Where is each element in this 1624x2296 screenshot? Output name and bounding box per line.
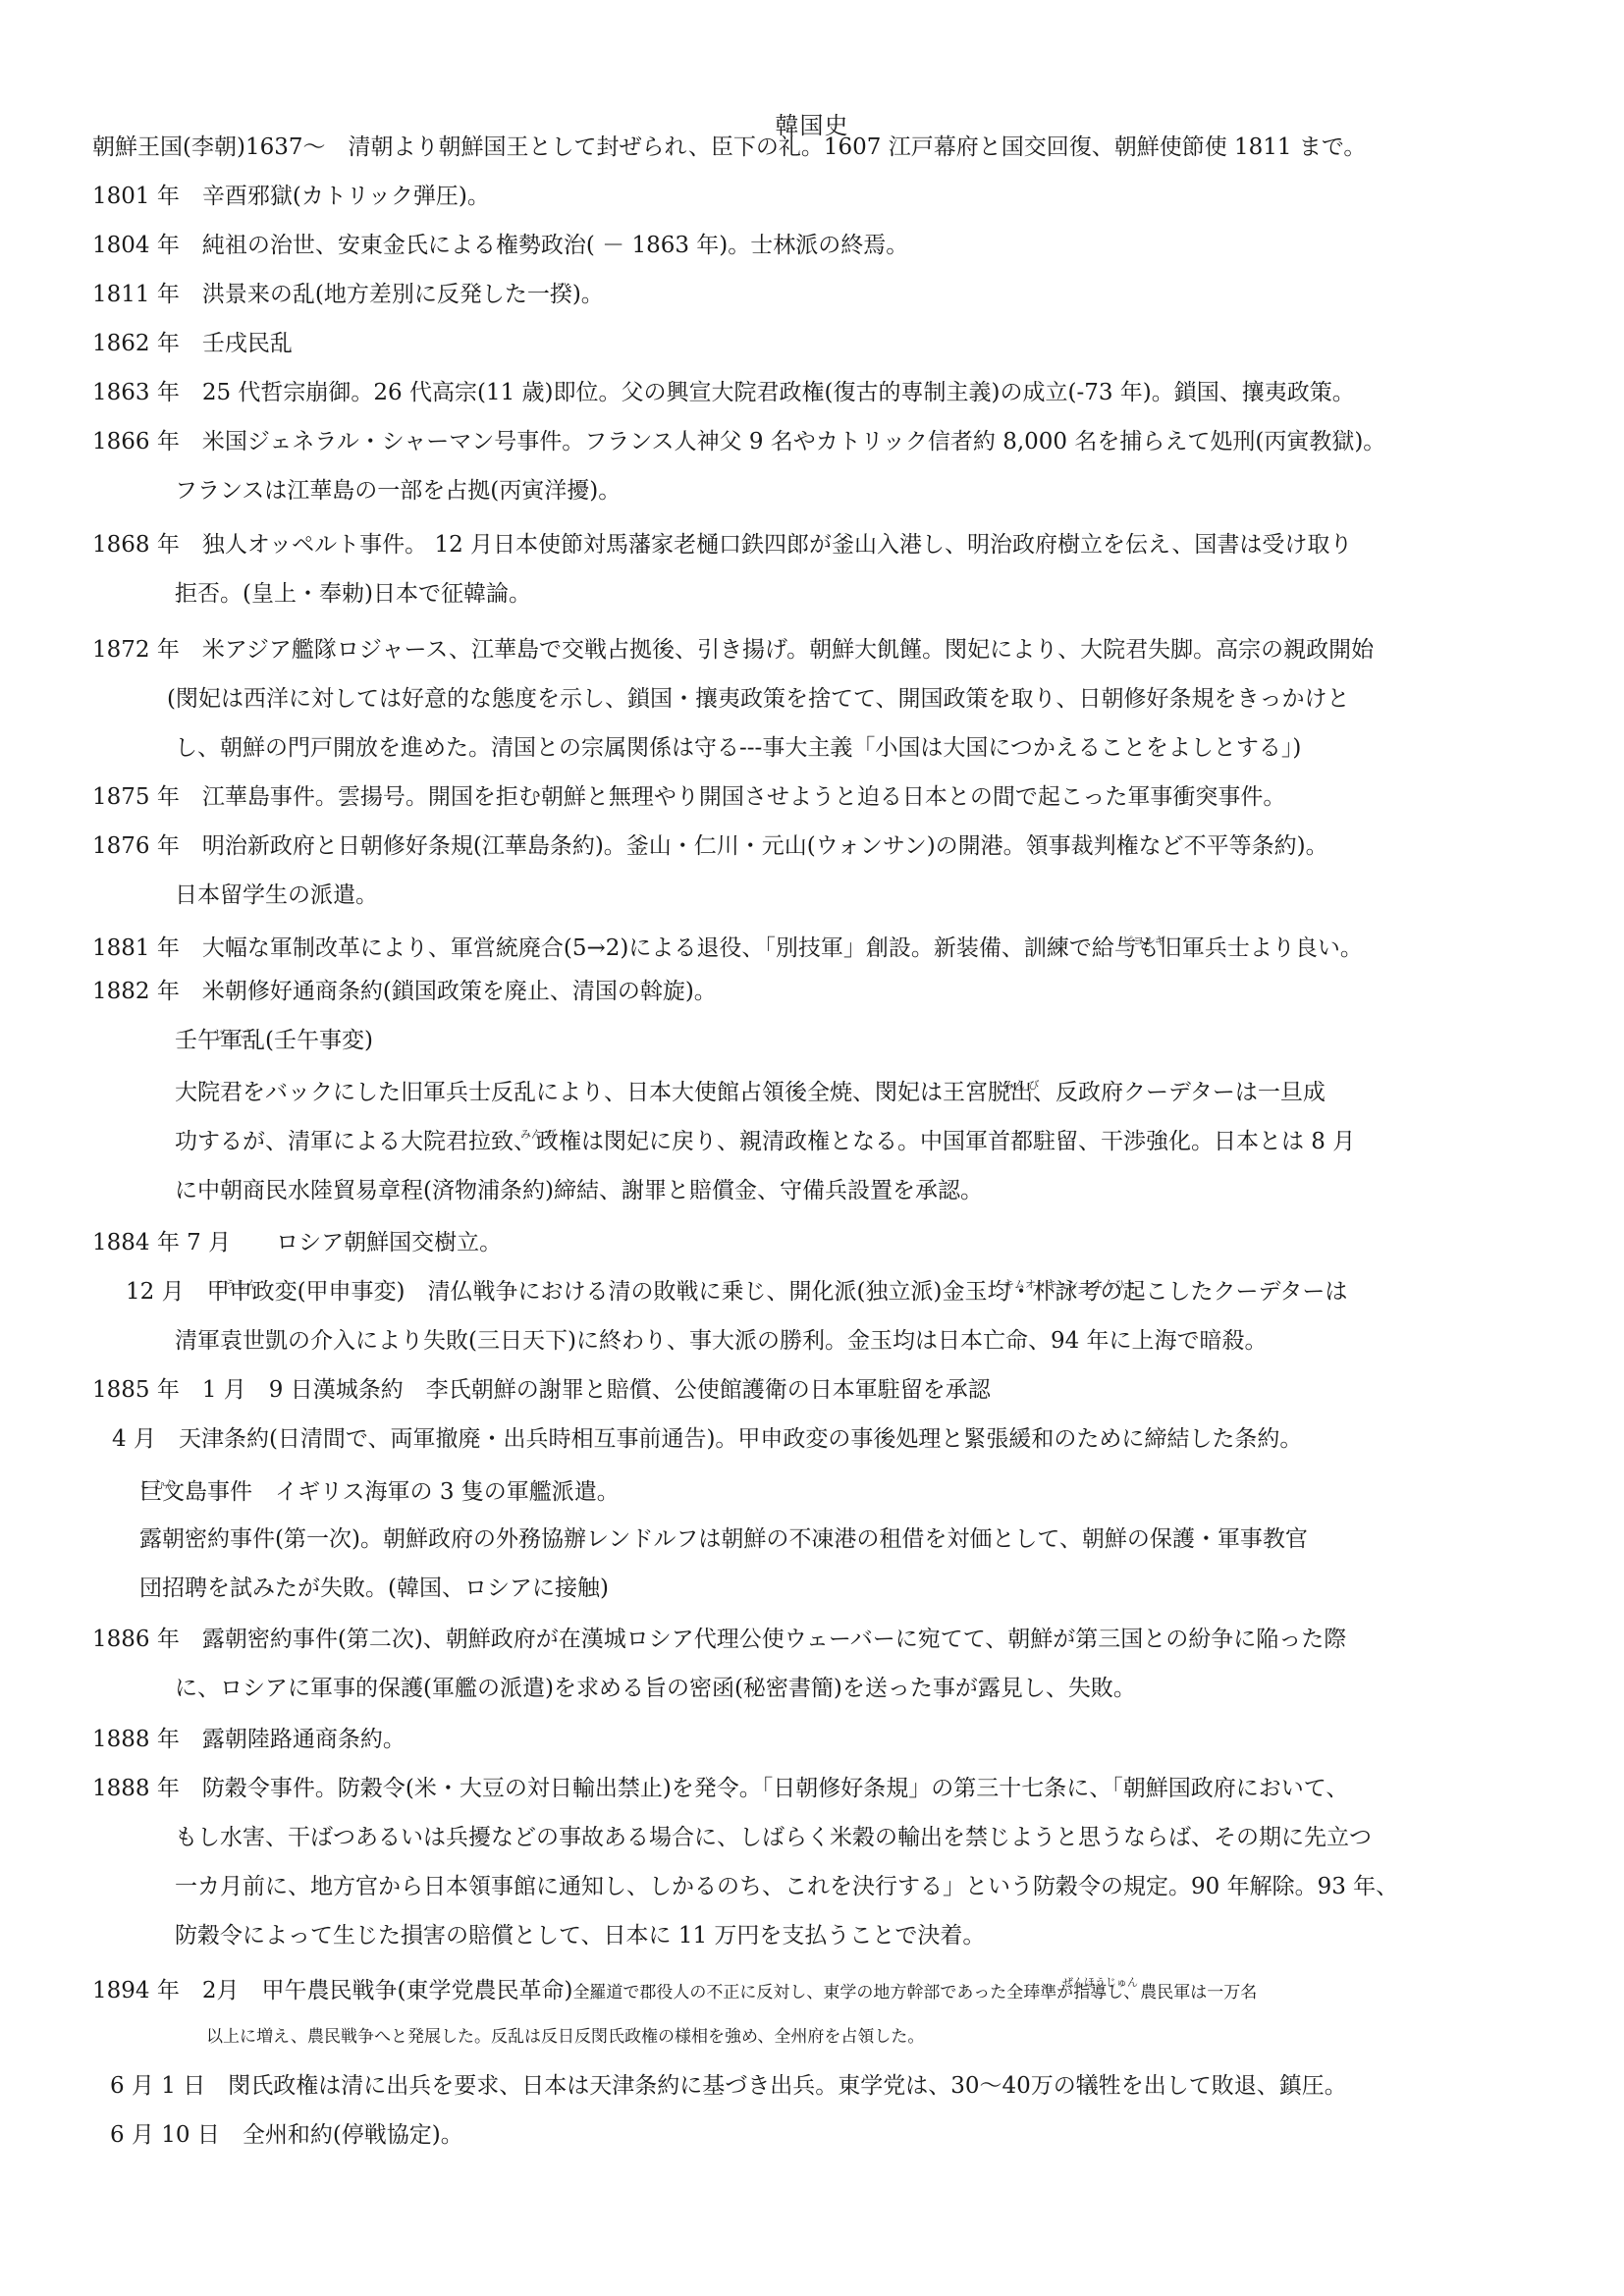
line-text: 1882 年 米朝修好通商条約(鎖国政策を廃止、清国の斡旋)。 (92, 979, 717, 1004)
line-text: 1868 年 独人オッペルト事件。 12 月日本使節対馬藩家老樋口鉄四郎が釜山入… (92, 532, 1352, 558)
line-text: 巨文島事件 イギリス海軍の 3 隻の軍艦派遣。 (139, 1479, 620, 1505)
line-text: 1866 年 米国ジェネラル・シャーマン号事件。フランス人神父 9 名やカトリッ… (92, 429, 1385, 454)
timeline-line: 大院君をバックにした旧軍兵士反乱により、日本大使館占領後全焼、閔妃は王宮脱出、反… (175, 1078, 1326, 1107)
timeline-line: 6 月 10 日 全州和約(停戦協定)。 (110, 2120, 463, 2150)
timeline-line: に、ロシアに軍事的保護(軍艦の派遣)を求める旨の密函(秘密書簡)を送った事が露見… (175, 1674, 1136, 1703)
timeline-line: 1888 年 防穀令事件。防穀令(米・大豆の対日輸出禁止)を発令。「日朝修好条規… (92, 1774, 1348, 1803)
timeline-line: 1876 年 明治新政府と日朝修好条規(江華島条約)。釜山・仁川・元山(ウォンサ… (92, 831, 1328, 861)
line-text: 1811 年 洪景来の乱(地方差別に反発した一揆)。 (92, 282, 604, 307)
furigana: ピヨルギ (1122, 933, 1165, 948)
timeline-line: 1868 年 独人オッペルト事件。 12 月日本使節対馬藩家老樋口鉄四郎が釜山入… (92, 530, 1352, 560)
line-text: 1884 年 7 月 ロシア朝鮮国交樹立。 (92, 1230, 502, 1255)
line-text: 1881 年 大幅な軍制改革により、軍営統廃合(5→2)による退役、「別技軍」創… (92, 935, 1363, 961)
line-text: 1862 年 壬戌民乱 (92, 331, 293, 356)
line-text: 12 月 甲申政変(甲申事変) 清仏戦争における清の敗戦に乗じ、開化派(独立派)… (126, 1279, 1347, 1305)
furigana: みん び (1003, 1077, 1040, 1093)
line-text: (閔妃は西洋に対しては好意的な態度を示し、鎖国・攘夷政策を捨てて、開国政策を取り… (167, 686, 1350, 712)
line-text: 1886 年 露朝密約事件(第二次)、朝鮮政府が在漢城ロシア代理公使ウェーバーに… (92, 1627, 1346, 1652)
line-text: 1804 年 純祖の治世、安東金氏による権勢政治( － 1863 年)。士林派の… (92, 233, 908, 258)
timeline-line: (閔妃は西洋に対しては好意的な態度を示し、鎖国・攘夷政策を捨てて、開国政策を取り… (167, 684, 1350, 714)
line-text: 1885 年 1 月 9 日漢城条約 李氏朝鮮の謝罪と賠償、公使館護衛の日本軍駐… (92, 1377, 991, 1403)
timeline-line: 1862 年 壬戌民乱 (92, 329, 293, 358)
timeline-line: 功するが、清軍による大院君拉致、政権は閔妃に戻り、親清政権となる。中国軍首都駐留… (175, 1127, 1355, 1156)
timeline-line: 1801 年 辛酉邪獄(カトリック弾圧)。 (92, 182, 490, 211)
timeline-line: 1881 年 大幅な軍制改革により、軍営統廃合(5→2)による退役、「別技軍」創… (92, 934, 1363, 963)
timeline-line: 1884 年 7 月 ロシア朝鮮国交樹立。 (92, 1228, 502, 1257)
line-text: 6 月 10 日 全州和約(停戦協定)。 (110, 2122, 463, 2148)
line-text: 大院君をバックにした旧軍兵士反乱により、日本大使館占領後全焼、閔妃は王宮脱出、反… (175, 1080, 1326, 1105)
timeline-line: 壬午軍乱(壬午事変) (175, 1026, 373, 1055)
furigana: じん ご (214, 1026, 250, 1041)
timeline-line: 一カ月前に、地方官から日本領事館に通知し、しかるのち、これを決行する」という防穀… (175, 1872, 1398, 1901)
timeline-line: 拒否。(皇上・奉勅)日本で征韓論。 (175, 579, 531, 609)
timeline-line: 防穀令によって生じた損害の賠償として、日本に 11 万円を支払うことで決着。 (175, 1921, 985, 1950)
line-note: 全羅道で郡役人の不正に反対し、東学の地方幹部であった全琫準が指導し、農民軍は一万… (572, 1983, 1257, 2002)
timeline-line: 巨文島事件 イギリス海軍の 3 隻の軍艦派遣。 (139, 1477, 620, 1507)
line-text: 清軍袁世凱の介入により失敗(三日天下)に終わり、事大派の勝利。金玉均は日本亡命、… (175, 1328, 1268, 1354)
line-text: 1876 年 明治新政府と日朝修好条規(江華島条約)。釜山・仁川・元山(ウォンサ… (92, 833, 1328, 859)
line-text: 拒否。(皇上・奉勅)日本で征韓論。 (175, 581, 531, 607)
line-text: 朝鮮王国(李朝)1637～ 清朝より朝鮮国王として封ぜられ、臣下の礼。1607 … (92, 134, 1366, 160)
line-text: に中朝商民水陸貿易章程(済物浦条約)締結、謝罪と賠償金、守備兵設置を承認。 (175, 1178, 983, 1203)
timeline-line: 1882 年 米朝修好通商条約(鎖国政策を廃止、清国の斡旋)。 (92, 977, 717, 1006)
timeline-line: 1886 年 露朝密約事件(第二次)、朝鮮政府が在漢城ロシア代理公使ウェーバーに… (92, 1625, 1346, 1654)
timeline-line: し、朝鮮の門戸開放を進めた。清国との宗属関係は守る---事大主義「小国は大国につ… (175, 733, 1301, 763)
timeline-line: 6 月 1 日 閔氏政権は清に出兵を要求、日本は天津条約に基づき出兵。東学党は、… (110, 2071, 1347, 2101)
timeline-line: 清軍袁世凱の介入により失敗(三日天下)に終わり、事大派の勝利。金玉均は日本亡命、… (175, 1326, 1268, 1356)
timeline-line: 1875 年 江華島事件。雲揚号。開国を拒む朝鮮と無理やり開国させようと迫る日本… (92, 782, 1285, 812)
document-page: 韓国史 朝鮮王国(李朝)1637～ 清朝より朝鮮国王として封ぜられ、臣下の礼。1… (0, 0, 1624, 2296)
line-text: 防穀令によって生じた損害の賠償として、日本に 11 万円を支払うことで決着。 (175, 1923, 985, 1949)
line-text: し、朝鮮の門戸開放を進めた。清国との宗属関係は守る---事大主義「小国は大国につ… (175, 735, 1301, 761)
timeline-line: に中朝商民水陸貿易章程(済物浦条約)締結、謝罪と賠償金、守備兵設置を承認。 (175, 1176, 983, 1205)
line-text: 1801 年 辛酉邪獄(カトリック弾圧)。 (92, 184, 490, 209)
timeline-line: 1863 年 25 代哲宗崩御。26 代高宗(11 歳)即位。父の興宣大院君政権… (92, 378, 1355, 407)
timeline-line: 露朝密約事件(第一次)。朝鮮政府の外務協辦レンドルフは朝鮮の不凍港の租借を対価と… (139, 1524, 1308, 1554)
timeline-line: 1885 年 1 月 9 日漢城条約 李氏朝鮮の謝罪と賠償、公使館護衛の日本軍駐… (92, 1375, 991, 1405)
line-text: 1875 年 江華島事件。雲揚号。開国を拒む朝鮮と無理やり開国させようと迫る日本… (92, 784, 1285, 810)
line-text: もし水害、干ばつあるいは兵擾などの事故ある場合に、しばらく米穀の輸出を禁じようと… (175, 1825, 1372, 1850)
timeline-line: 1804 年 純祖の治世、安東金氏による権勢政治( － 1863 年)。士林派の… (92, 231, 908, 260)
timeline-line: 日本留学生の派遣。 (175, 881, 378, 910)
furigana: キムオッキュン (1003, 1276, 1079, 1292)
timeline-line: 1866 年 米国ジェネラル・シャーマン号事件。フランス人神父 9 名やカトリッ… (92, 427, 1385, 456)
line-text: 4 月 天津条約(日清間で、両軍撤廃・出兵時相互事前通告)。甲申政変の事後処理と… (112, 1426, 1302, 1452)
line-text: 団招聘を試みたが失敗。(韓国、ロシアに接触) (139, 1575, 609, 1601)
line-text: フランスは江華島の一部を占拠(丙寅洋擾)。 (175, 478, 621, 504)
timeline-line: 1872 年 米アジア艦隊ロジャース、江華島で交戦占拠後、引き揚げ。朝鮮大飢饉。… (92, 635, 1374, 665)
timeline-line: もし水害、干ばつあるいは兵擾などの事故ある場合に、しばらく米穀の輸出を禁じようと… (175, 1823, 1372, 1852)
line-text: 6 月 1 日 閔氏政権は清に出兵を要求、日本は天津条約に基づき出兵。東学党は、… (110, 2073, 1347, 2099)
line-text: 日本留学生の派遣。 (175, 882, 378, 908)
line-text: 1894 年 2月 甲午農民戦争(東学党農民革命) (92, 1978, 572, 2003)
timeline-line: 4 月 天津条約(日清間で、両軍撤廃・出兵時相互事前通告)。甲申政変の事後処理と… (112, 1424, 1302, 1454)
timeline-line: フランスは江華島の一部を占拠(丙寅洋擾)。 (175, 476, 621, 506)
line-text: 一カ月前に、地方官から日本領事館に通知し、しかるのち、これを決行する」という防穀… (175, 1874, 1398, 1899)
timeline-line: 以上に増え、農民戦争へと発展した。反乱は反日反閔氏政権の様相を強め、全州府を占領… (206, 2022, 924, 2052)
timeline-line: 団招聘を試みたが失敗。(韓国、ロシアに接触) (139, 1574, 609, 1603)
line-text: 1888 年 露朝陸路通商条約。 (92, 1727, 406, 1752)
furigana: みん び (520, 1126, 557, 1142)
line-text: 1863 年 25 代哲宗崩御。26 代高宗(11 歳)即位。父の興宣大院君政権… (92, 380, 1355, 405)
line-text: 露朝密約事件(第一次)。朝鮮政府の外務協辦レンドルフは朝鮮の不凍港の租借を対価と… (139, 1526, 1308, 1552)
furigana: よんひょ (1093, 1276, 1136, 1292)
timeline-line: 1888 年 露朝陸路通商条約。 (92, 1725, 406, 1754)
line-text: 1888 年 防穀令事件。防穀令(米・大豆の対日輸出禁止)を発令。「日朝修好条規… (92, 1776, 1348, 1801)
line-text: 1872 年 米アジア艦隊ロジャース、江華島で交戦占拠後、引き揚げ。朝鮮大飢饉。… (92, 637, 1374, 663)
timeline-line: 朝鮮王国(李朝)1637～ 清朝より朝鮮国王として封ぜられ、臣下の礼。1607 … (92, 133, 1366, 162)
timeline-line: 1811 年 洪景来の乱(地方差別に反発した一揆)。 (92, 280, 604, 309)
line-text: 壬午軍乱(壬午事変) (175, 1028, 373, 1053)
line-text: 以上に増え、農民戦争へと発展した。反乱は反日反閔氏政権の様相を強め、全州府を占領… (206, 2027, 924, 2047)
timeline-line: 12 月 甲申政変(甲申事変) 清仏戦争における清の敗戦に乗じ、開化派(独立派)… (126, 1277, 1347, 1307)
furigana: ぜんほうじゅん (1062, 1974, 1138, 1990)
line-text: に、ロシアに軍事的保護(軍艦の派遣)を求める旨の密函(秘密書簡)を送った事が露見… (175, 1676, 1136, 1701)
furigana: こうしん (214, 1276, 257, 1292)
line-text: 功するが、清軍による大院君拉致、政権は閔妃に戻り、親清政権となる。中国軍首都駐留… (175, 1129, 1355, 1154)
furigana: こ むん (139, 1476, 176, 1492)
